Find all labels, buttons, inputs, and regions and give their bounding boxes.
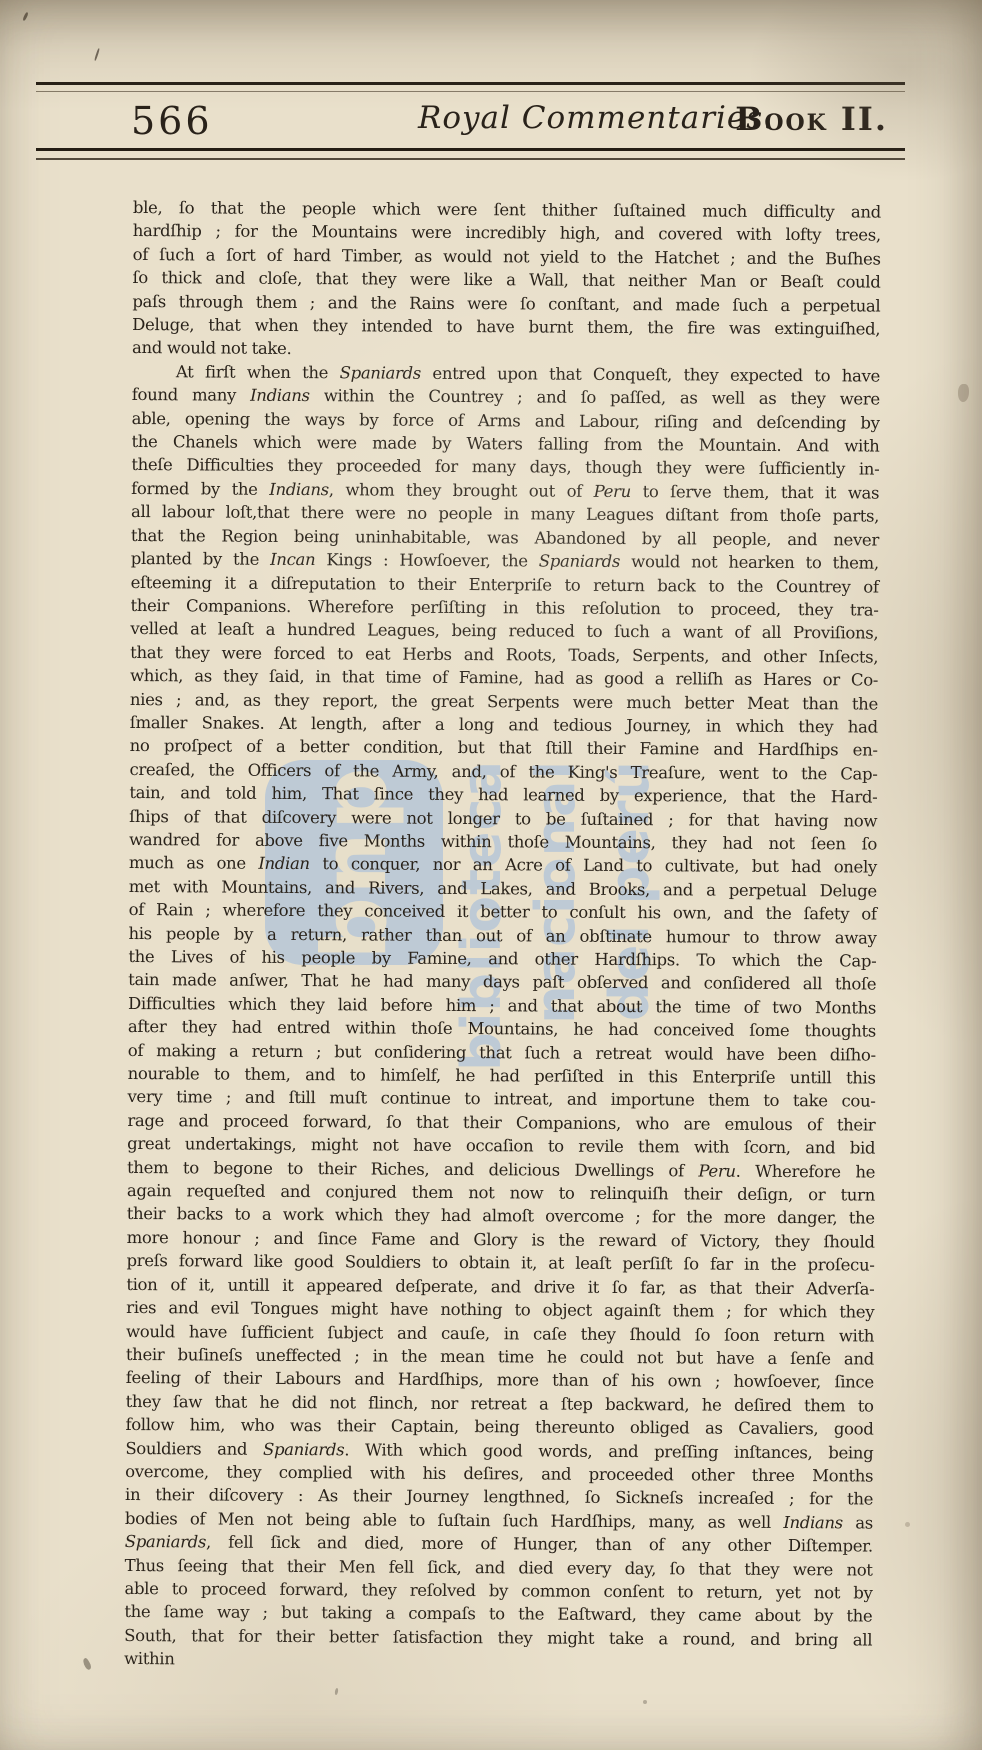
book-page-scan: 566 Royal Commentaries. Book II. bnp bib… [0, 0, 982, 1750]
pen-mark [81, 1657, 92, 1670]
ink-speck [94, 48, 100, 61]
text-line: South, that for their better ſatisfactio… [124, 1624, 872, 1652]
ink-speck [905, 1522, 910, 1527]
catchword: within [124, 1647, 872, 1675]
ink-speck [22, 12, 29, 21]
page-number: 566 [131, 99, 213, 143]
running-title: Royal Commentaries. [418, 100, 774, 136]
book-section-label: Book II. [735, 100, 888, 138]
paragraph: At firſt when the Spaniards entred upon … [124, 360, 880, 1652]
header-rule-bottom [36, 148, 905, 160]
body-text: ble, ſo that the people which were ſent … [124, 196, 881, 1675]
ink-speck [643, 1700, 647, 1704]
header-rule-top [36, 82, 905, 92]
ink-speck [334, 1688, 338, 1695]
edge-stain [958, 384, 969, 402]
paragraph: ble, ſo that the people which were ſent … [132, 196, 881, 364]
